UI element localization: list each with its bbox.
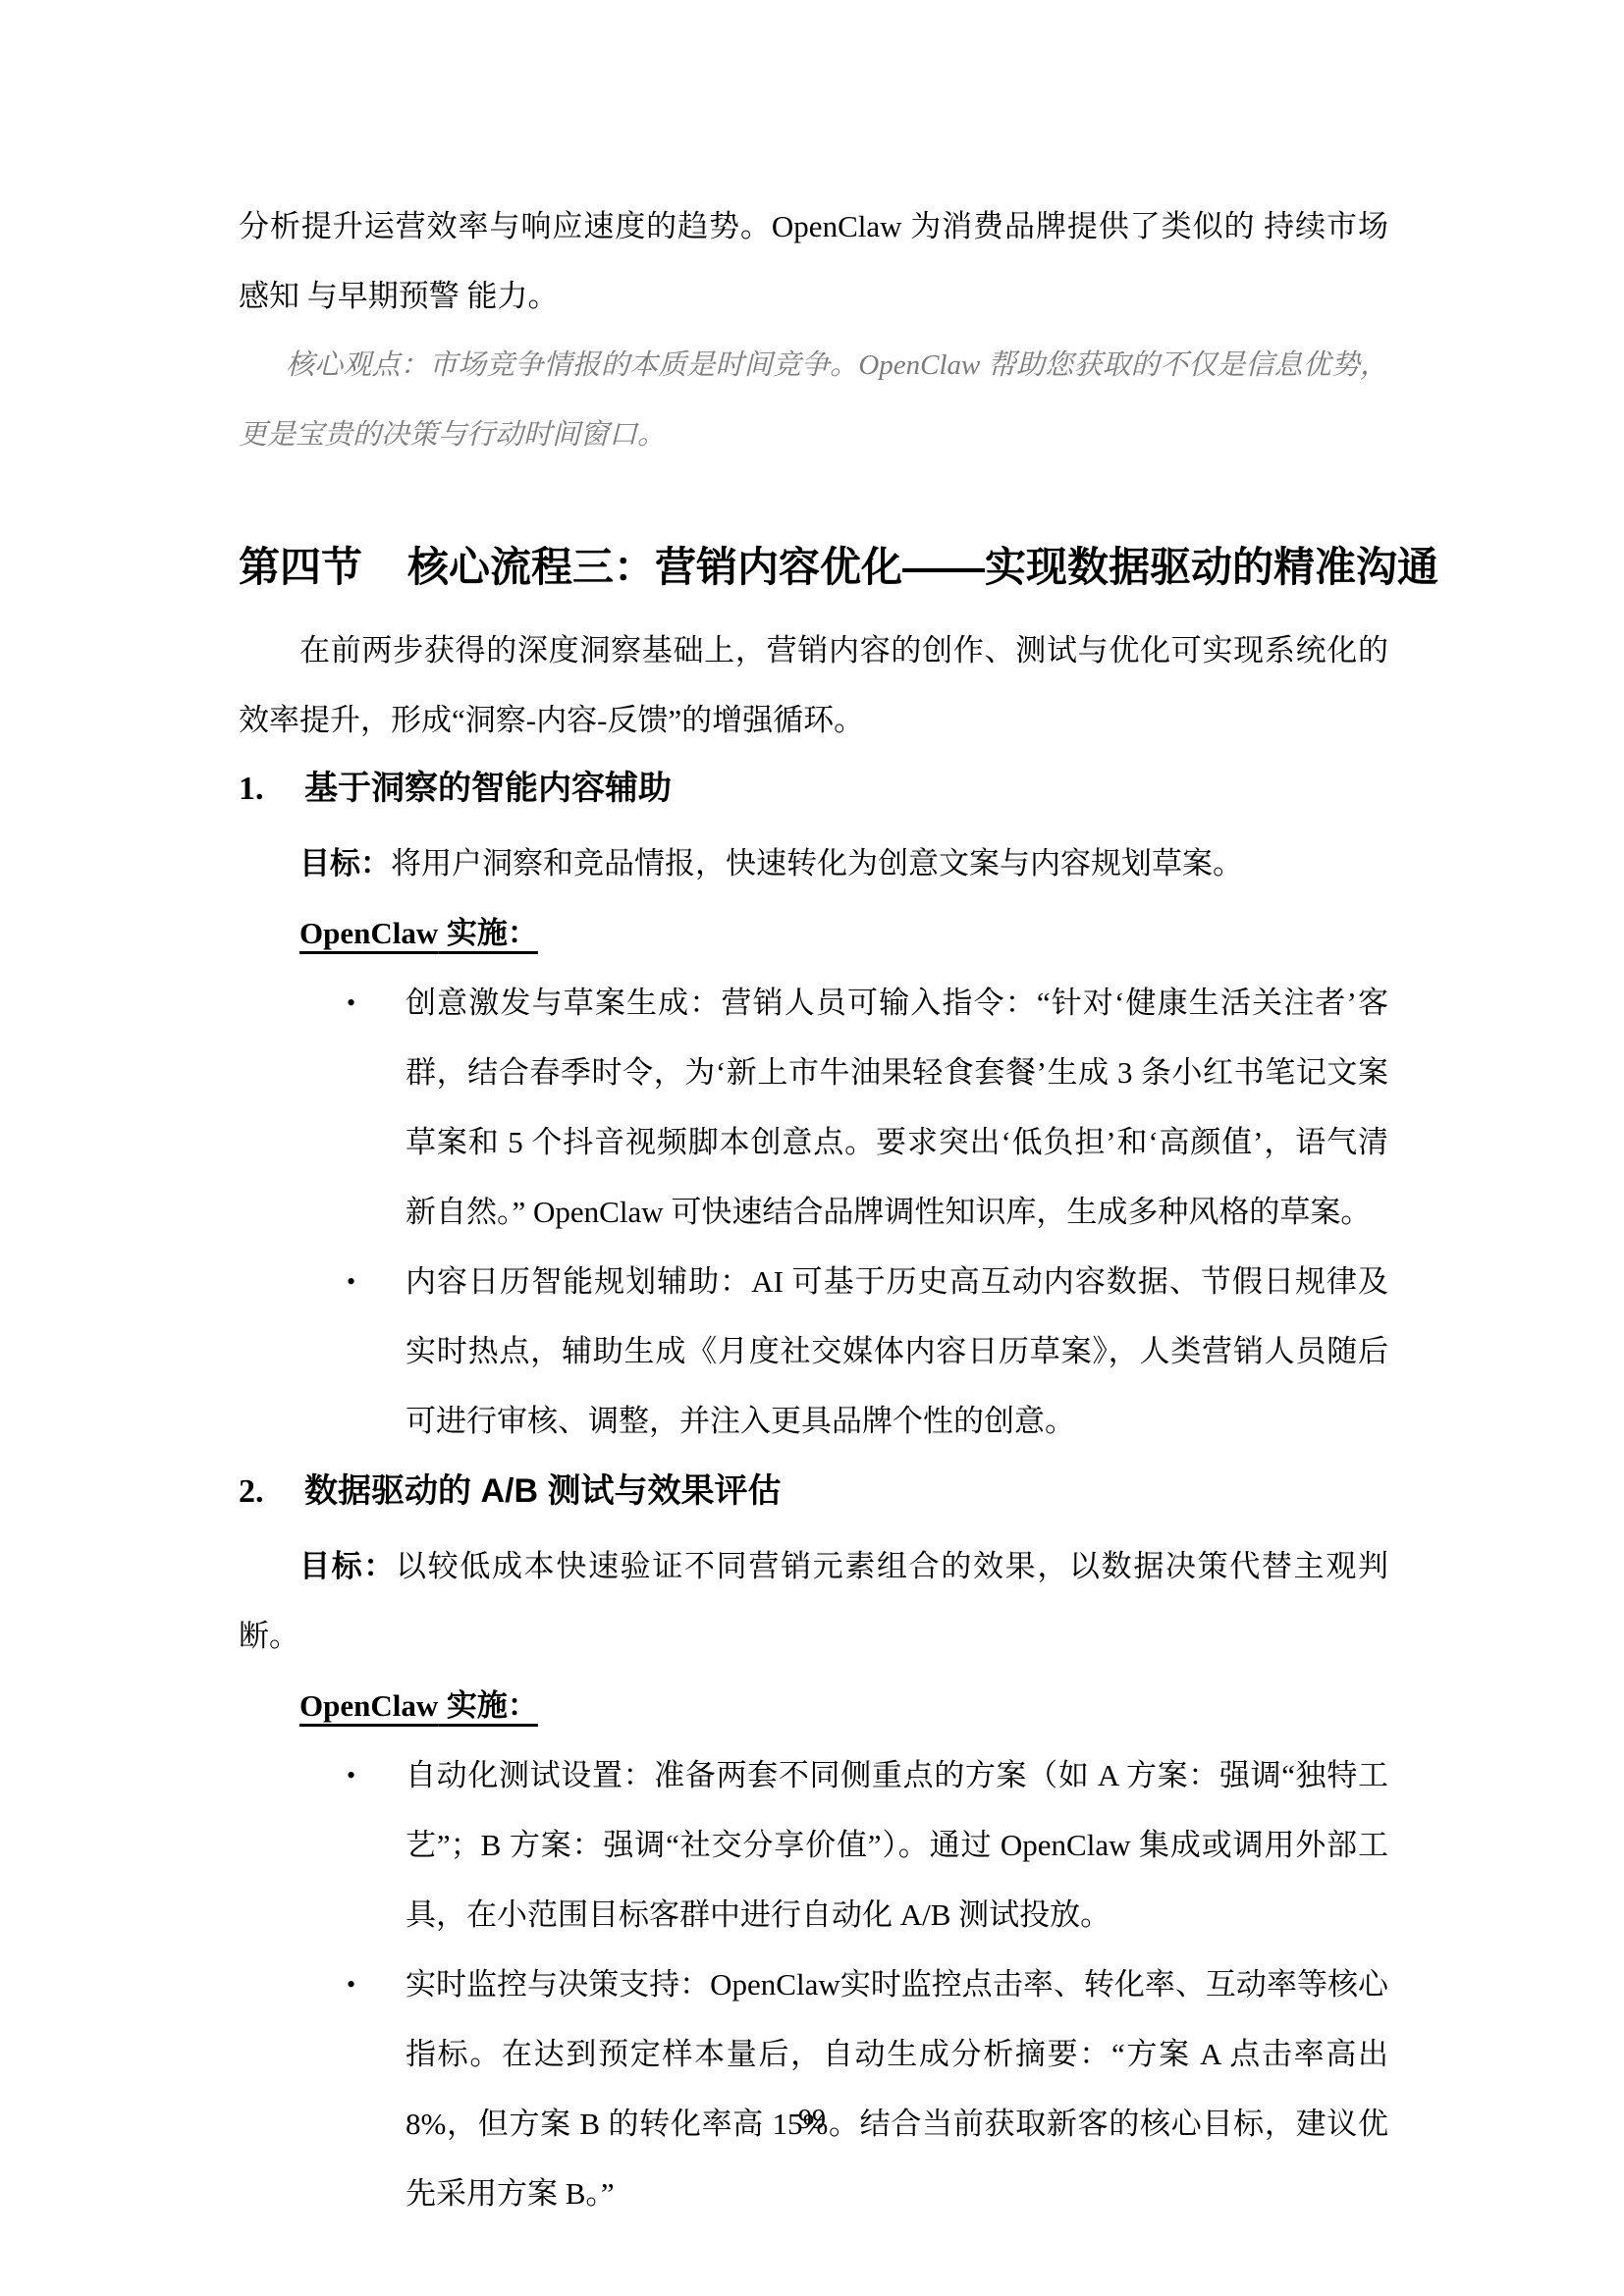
bullet-text-ab-test-setup: 自动化测试设置：准备两套不同侧重点的方案（如 A 方案：强调“独特工艺”；B 方… <box>406 1740 1388 1949</box>
impl-label-openclaw: OpenClaw <box>299 1688 438 1723</box>
goal-label: 目标： <box>299 1549 396 1583</box>
key-insight-quote: 核心观点：市场竞争情报的本质是时间竞争。OpenClaw 帮助您获取的不仅是信息… <box>239 331 1388 470</box>
bullet-item: • 实时监控与决策支持：OpenClaw实时监控点击率、转化率、互动率等核心指标… <box>347 1949 1388 2228</box>
bullet-marker: • <box>347 1949 406 2228</box>
subsection-1-number: 1. <box>239 766 304 813</box>
bullet-text-content-calendar: 内容日历智能规划辅助：AI 可基于历史高互动内容数据、节假日规律及实时热点，辅助… <box>406 1247 1388 1456</box>
bullet-text-creative-generation: 创意激发与草案生成：营销人员可输入指令：“针对‘健康生活关注者’客群，结合春季时… <box>406 968 1388 1247</box>
section-heading: 第四节核心流程三：营销内容优化——实现数据驱动的精准沟通 <box>239 539 1388 596</box>
subsection-2-goal-line: 目标：以较低成本快速验证不同营销元素组合的效果，以数据决策代替主观判断。 <box>239 1531 1388 1671</box>
goal-text: 将用户洞察和竞品情报，快速转化为创意文案与内容规划草案。 <box>391 846 1243 881</box>
subsection-2-number: 2. <box>239 1468 304 1516</box>
bullet-item: • 内容日历智能规划辅助：AI 可基于历史高互动内容数据、节假日规律及实时热点，… <box>347 1247 1388 1456</box>
subsection-2-heading: 2.数据驱动的 A/B 测试与效果评估 <box>239 1468 1388 1516</box>
bullet-text-realtime-monitoring: 实时监控与决策支持：OpenClaw实时监控点击率、转化率、互动率等核心指标。在… <box>406 1949 1388 2228</box>
bullet-item: • 创意激发与草案生成：营销人员可输入指令：“针对‘健康生活关注者’客群，结合春… <box>347 968 1388 1247</box>
section-number: 第四节 <box>239 544 362 590</box>
subsection-1-impl-line: OpenClaw 实施： <box>239 898 1388 968</box>
bullet-marker: • <box>347 1247 406 1456</box>
document-page: 分析提升运营效率与响应速度的趋势。OpenClaw 为消费品牌提供了类似的 持续… <box>0 0 1624 2296</box>
subsection-2-impl-line: OpenClaw 实施： <box>239 1671 1388 1740</box>
goal-text: 以较低成本快速验证不同营销元素组合的效果，以数据决策代替主观判断。 <box>239 1549 1388 1653</box>
bullet-marker: • <box>347 1740 406 1949</box>
impl-label-openclaw: OpenClaw <box>299 916 438 950</box>
goal-label: 目标： <box>299 846 391 881</box>
impl-label: OpenClaw 实施： <box>299 916 538 950</box>
bullet-marker: • <box>347 968 406 1247</box>
impl-label-shishi: 实施： <box>438 1688 538 1723</box>
subsection-1-title: 基于洞察的智能内容辅助 <box>304 770 672 807</box>
continuation-paragraph: 分析提升运营效率与响应速度的趋势。OpenClaw 为消费品牌提供了类似的 持续… <box>239 191 1388 331</box>
bullet-item: • 自动化测试设置：准备两套不同侧重点的方案（如 A 方案：强调“独特工艺”；B… <box>347 1740 1388 1949</box>
subsection-1-heading: 1.基于洞察的智能内容辅助 <box>239 765 1388 813</box>
intro-paragraph: 在前两步获得的深度洞察基础上，营销内容的创作、测试与优化可实现系统化的效率提升，… <box>239 615 1388 755</box>
section-title: 核心流程三：营销内容优化——实现数据驱动的精准沟通 <box>407 544 1438 590</box>
impl-label: OpenClaw 实施： <box>299 1688 538 1723</box>
subsection-1-goal-line: 目标：将用户洞察和竞品情报，快速转化为创意文案与内容规划草案。 <box>239 828 1388 898</box>
page-number: 99 <box>0 2101 1624 2140</box>
impl-label-shishi: 实施： <box>438 916 538 950</box>
subsection-2-title: 数据驱动的 A/B 测试与效果评估 <box>304 1472 781 1510</box>
